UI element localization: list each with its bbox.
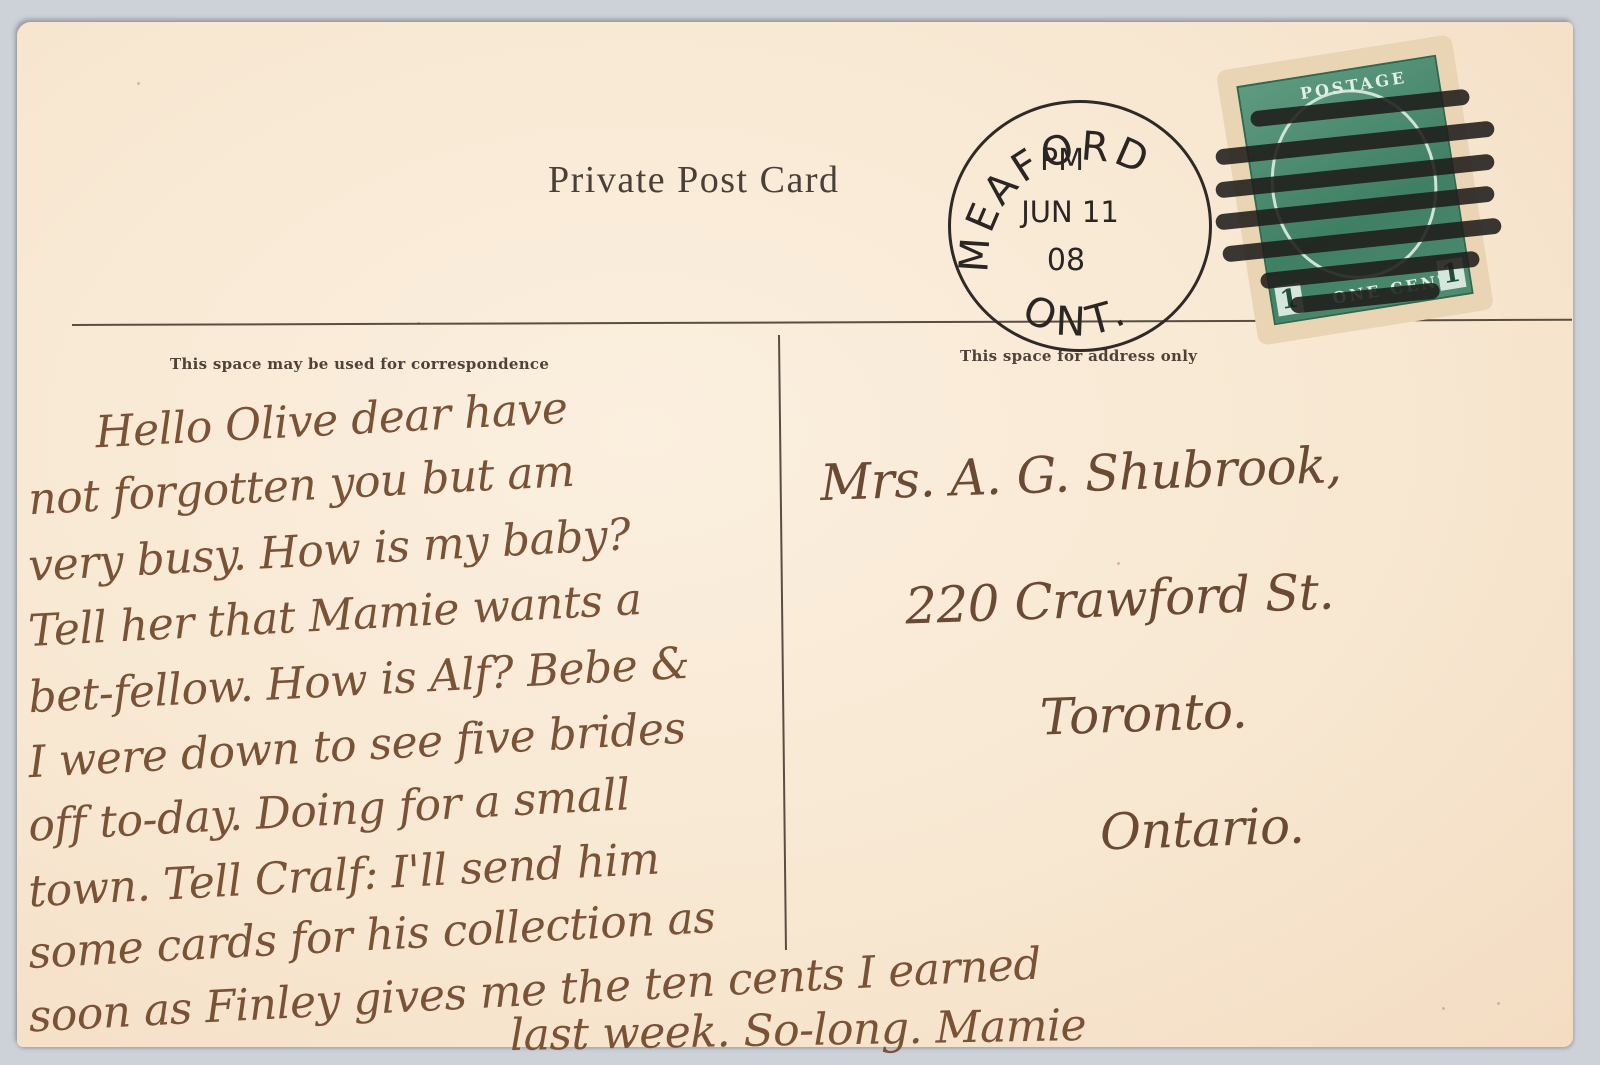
message-signoff: last week. So-long. Mamie xyxy=(510,1000,1087,1061)
postmark-year: 08 xyxy=(937,243,1195,278)
postmark-date: JUN 11 xyxy=(941,195,1199,229)
address-line-city: Toronto. xyxy=(1039,681,1248,746)
postmark: MEAFORD ONT. PM JUN 11 08 xyxy=(948,100,1212,352)
postcard-title: Private Post Card xyxy=(548,158,839,202)
svg-text:ONT.: ONT. xyxy=(1016,287,1137,346)
postmark-province: ONT. xyxy=(1016,287,1137,346)
postmark-time: PM xyxy=(933,143,1191,178)
address-line-province: Ontario. xyxy=(1099,796,1305,861)
correspondence-caption: This space may be used for correspondenc… xyxy=(170,355,549,373)
paper-speck xyxy=(1442,1007,1445,1010)
paper-speck xyxy=(1497,1002,1500,1005)
paper-speck xyxy=(137,82,140,85)
paper-speck xyxy=(1117,562,1120,565)
